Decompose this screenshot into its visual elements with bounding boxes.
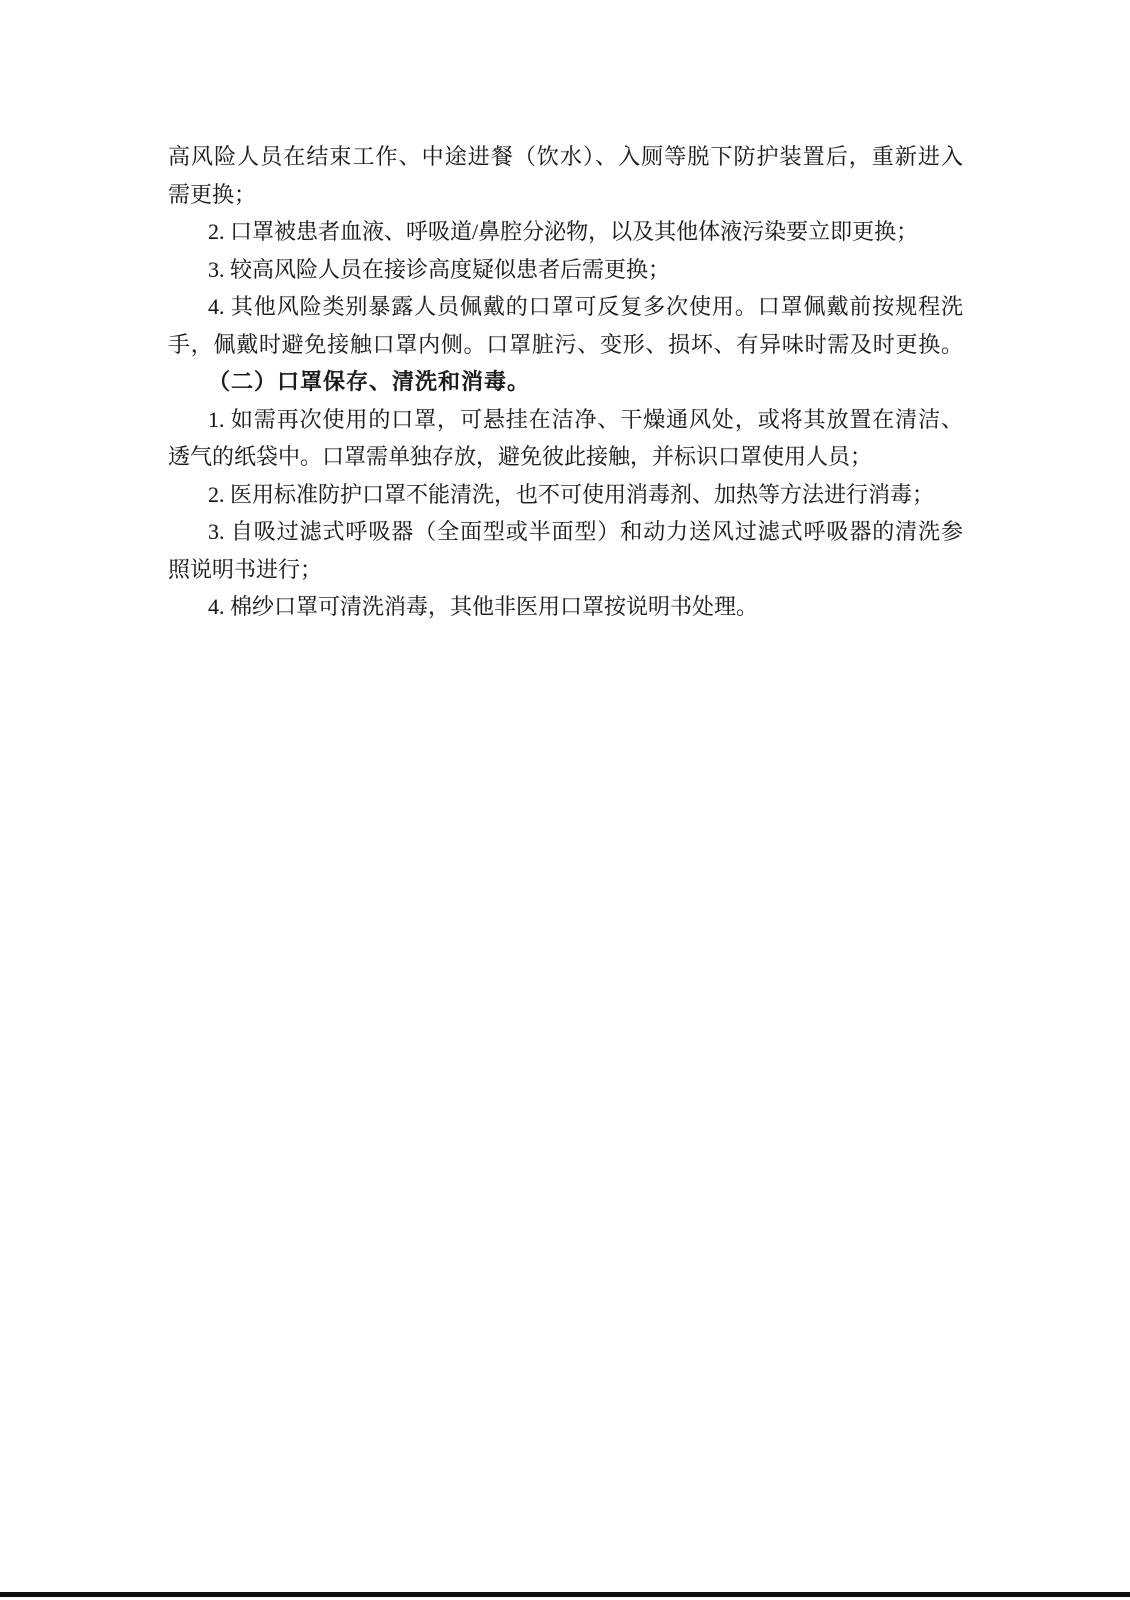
bottom-scan-bar (0, 1592, 1130, 1597)
text-line: 3. 较高风险人员在接诊高度疑似患者后需更换； (168, 251, 963, 289)
text-line: 需更换； (168, 176, 963, 214)
document-page: 高风险人员在结束工作、中途进餐（饮水）、入厕等脱下防护装置后，重新进入需更换；2… (0, 0, 1130, 1600)
text-line: 高风险人员在结束工作、中途进餐（饮水）、入厕等脱下防护装置后，重新进入 (168, 138, 963, 176)
text-line: 2. 口罩被患者血液、呼吸道/鼻腔分泌物，以及其他体液污染要立即更换； (168, 213, 963, 251)
text-line: 手，佩戴时避免接触口罩内侧。口罩脏污、变形、损坏、有异味时需及时更换。 (168, 326, 963, 364)
text-line: 4. 棉纱口罩可清洗消毒，其他非医用口罩按说明书处理。 (168, 588, 963, 626)
text-line: 1. 如需再次使用的口罩，可悬挂在洁净、干燥通风处，或将其放置在清洁、 (168, 401, 963, 439)
text-line: 4. 其他风险类别暴露人员佩戴的口罩可反复多次使用。口罩佩戴前按规程洗 (168, 288, 963, 326)
document-text-block: 高风险人员在结束工作、中途进餐（饮水）、入厕等脱下防护装置后，重新进入需更换；2… (168, 138, 963, 626)
text-line: 3. 自吸过滤式呼吸器（全面型或半面型）和动力送风过滤式呼吸器的清洗参 (168, 513, 963, 551)
text-line: 2. 医用标准防护口罩不能清洗，也不可使用消毒剂、加热等方法进行消毒； (168, 476, 963, 514)
text-line: 照说明书进行； (168, 551, 963, 589)
section-heading: （二）口罩保存、清洗和消毒。 (168, 363, 963, 401)
text-line: 透气的纸袋中。口罩需单独存放，避免彼此接触，并标识口罩使用人员； (168, 438, 963, 476)
